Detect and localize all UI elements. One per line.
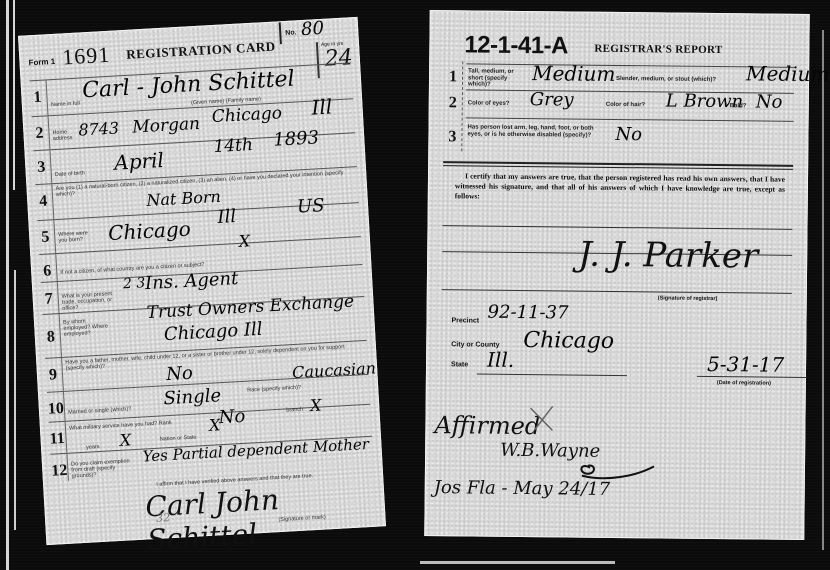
precinct-value: 92-11-37 bbox=[487, 302, 568, 324]
field-label: Home address bbox=[52, 129, 77, 142]
birth-year: 1893 bbox=[273, 127, 320, 151]
card-title: REGISTRATION CARD bbox=[126, 39, 276, 63]
height-value: Medium bbox=[532, 61, 616, 86]
row-number: 5 bbox=[38, 228, 53, 247]
disability-value: No bbox=[615, 124, 642, 145]
birth-nation: US bbox=[296, 195, 325, 218]
form-label: Form 1 bbox=[28, 57, 55, 67]
flourish-mark bbox=[576, 458, 656, 481]
occupation-value: Ins. Agent bbox=[144, 268, 238, 294]
x-mark bbox=[526, 404, 556, 434]
annotation-affirmed: Affirmed bbox=[434, 411, 540, 440]
certification-text: I certify that my answers are true, that… bbox=[455, 171, 785, 204]
field-label: What is your present trade, occupation, … bbox=[61, 291, 118, 312]
build-label: Slender, medium, or stout (which)? bbox=[616, 76, 716, 84]
rank-value: No bbox=[218, 406, 246, 428]
dependents-value: No bbox=[166, 363, 194, 385]
state-label: State bbox=[451, 361, 468, 368]
signature-line bbox=[442, 289, 792, 294]
film-edge bbox=[6, 0, 9, 570]
state-line bbox=[477, 374, 627, 377]
address-street: Morgan bbox=[132, 114, 201, 138]
row-number: 9 bbox=[46, 366, 61, 385]
birth-town: Chicago bbox=[108, 217, 192, 246]
row-number: 7 bbox=[41, 290, 56, 309]
marital-value: Single bbox=[163, 385, 222, 409]
registrars-report-card: 12-1-41-A REGISTRAR'S REPORT 1 Tall, med… bbox=[424, 10, 809, 540]
registration-date: 5-31-17 bbox=[707, 352, 784, 377]
registrar-signature-caption: (Signature of registrar) bbox=[658, 295, 718, 302]
branch-value: X bbox=[310, 396, 322, 416]
height-label: Tall, medium, or short (specify which)? bbox=[468, 68, 528, 88]
citizenship-value: Nat Born bbox=[146, 187, 221, 210]
birth-month: April bbox=[114, 148, 165, 175]
row-number: 2 bbox=[32, 124, 47, 143]
precinct-label: Precinct bbox=[451, 317, 479, 324]
city-value: Chicago bbox=[523, 328, 614, 354]
name-value: Carl - John Schittel bbox=[82, 67, 296, 104]
registrant-signature: Carl John Schittel bbox=[145, 477, 386, 556]
employer-place: Chicago Ill bbox=[163, 319, 263, 345]
number-box: No. 80 bbox=[279, 20, 324, 44]
film-edge bbox=[14, 270, 16, 530]
row-build: 1 Tall, medium, or short (specify which)… bbox=[466, 63, 794, 92]
branch-label: branch bbox=[286, 407, 303, 414]
row-number: 3 bbox=[445, 128, 459, 146]
years-value: X bbox=[119, 430, 131, 450]
registrar-signature: J. J. Parker bbox=[578, 235, 758, 277]
date-line bbox=[697, 376, 807, 378]
field-label: Do you claim exemption from draft (speci… bbox=[71, 458, 132, 479]
field-label: Date of birth bbox=[55, 170, 85, 178]
state-value: Ill. bbox=[487, 348, 514, 372]
registration-card: Form 1 1691 REGISTRATION CARD No. 80 Age… bbox=[18, 17, 386, 545]
address-number: 8743 bbox=[78, 118, 120, 139]
row-coloring: 2 Color of eyes? Grey Color of hair? L B… bbox=[466, 89, 794, 120]
row-number: 10 bbox=[47, 400, 62, 419]
report-header: 12-1-41-A REGISTRAR'S REPORT bbox=[444, 31, 794, 67]
race-label: Race (specify which)? bbox=[247, 385, 301, 394]
hair-color-label: Color of hair? bbox=[606, 102, 645, 109]
row-number: 1 bbox=[446, 68, 460, 86]
annotation-date: Jos Fla - May 24/17 bbox=[434, 477, 611, 500]
address-state: Ill bbox=[311, 94, 333, 119]
row-number: 12 bbox=[51, 462, 66, 481]
corner-mark: 32 bbox=[156, 511, 171, 525]
report-code: 12-1-41-A bbox=[464, 31, 568, 60]
build-value: Medium bbox=[746, 61, 830, 86]
occupation-prefix: 2 3 bbox=[123, 275, 146, 292]
bald-label: Bald? bbox=[730, 103, 747, 110]
card-number: 80 bbox=[301, 18, 325, 40]
row-number: 1 bbox=[30, 89, 45, 108]
nation-label: Nation or State bbox=[160, 435, 197, 443]
disability-label: Has person lost arm, leg, hand, foot, or… bbox=[467, 124, 607, 139]
film-edge bbox=[420, 561, 615, 564]
film-edge bbox=[13, 0, 15, 190]
row-disability: 3 Has person lost arm, leg, hand, foot, … bbox=[465, 117, 793, 156]
date-caption: (Date of registration) bbox=[717, 380, 771, 387]
film-edge bbox=[822, 30, 824, 550]
eye-color-label: Color of eyes? bbox=[468, 100, 510, 107]
exception-line bbox=[443, 225, 793, 230]
race-value: Caucasian bbox=[292, 358, 377, 382]
row-number: 6 bbox=[40, 262, 55, 281]
field-label: Married or single (which)? bbox=[68, 406, 132, 416]
row-number: 11 bbox=[49, 430, 64, 449]
birth-day: 14th bbox=[213, 135, 253, 157]
eye-color-value: Grey bbox=[530, 89, 574, 110]
row-number: 8 bbox=[43, 328, 58, 347]
row-number: 2 bbox=[446, 94, 460, 112]
nation-value: X bbox=[209, 415, 221, 435]
row-number: 3 bbox=[34, 158, 49, 177]
field-label: By whom employed? Where employed? bbox=[63, 317, 114, 338]
bald-value: No bbox=[756, 91, 783, 112]
years-label: years bbox=[86, 444, 100, 451]
alien-country-value: X bbox=[238, 231, 250, 251]
serial-number: 1691 bbox=[62, 42, 111, 71]
number-label: No. bbox=[285, 29, 297, 37]
address-city: Chicago bbox=[211, 103, 282, 127]
field-label: Where were you born? bbox=[58, 230, 89, 244]
birth-state: Ill bbox=[217, 206, 237, 228]
row-number: 4 bbox=[36, 192, 51, 211]
report-title: REGISTRAR'S REPORT bbox=[594, 43, 722, 56]
